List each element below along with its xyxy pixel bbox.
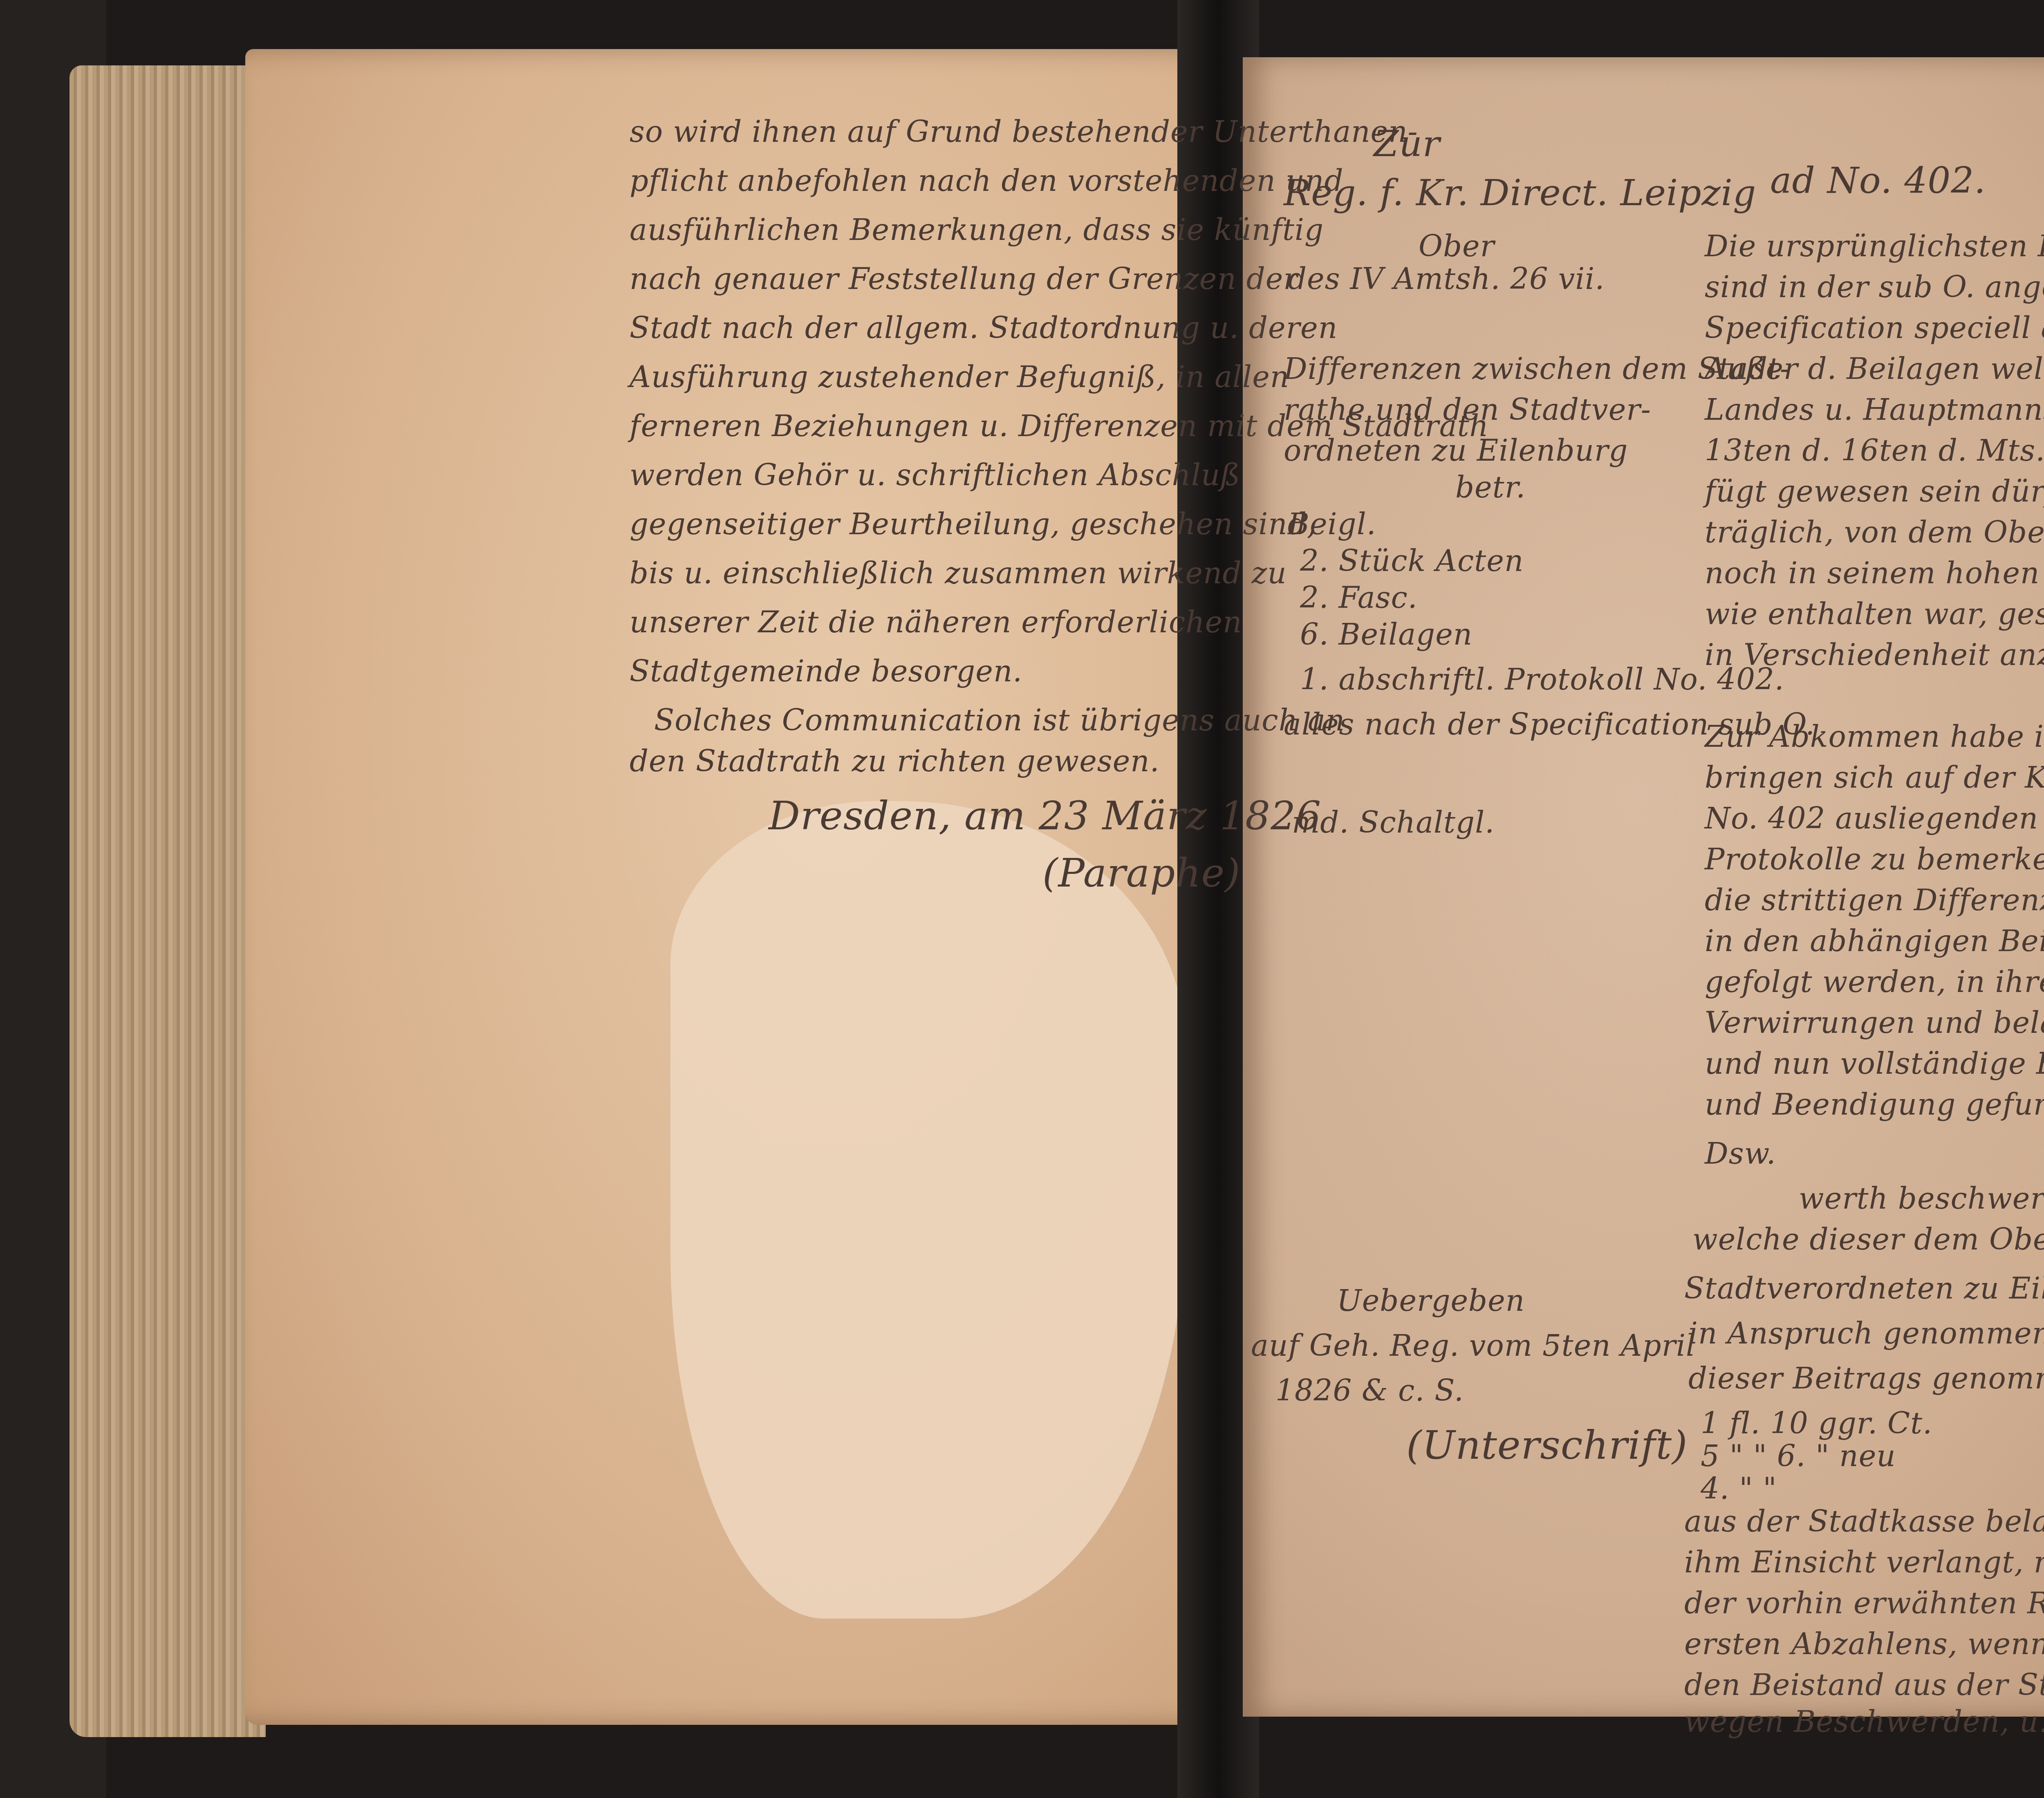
text-line: noch in seinem hohen Verfügungen <box>1705 556 2044 590</box>
text-line: Landes u. Hauptmannschaft vom <box>1705 392 2044 427</box>
text-line: bis u. einschließlich zusammen wirkend z… <box>630 556 1287 590</box>
text-line: nach genauer Feststellung der Grenzen de… <box>630 262 1298 296</box>
text-line: Zur Abkommen habe ich unter- <box>1705 719 2044 754</box>
book-page-edges-left <box>69 65 266 1737</box>
text-line: No. 402 ausliegenden abschriftl. <box>1705 801 2044 835</box>
enclosure-item: 2. Fasc. <box>1300 580 1418 615</box>
text-line: pflicht anbefohlen nach den vorstehenden… <box>630 163 1343 198</box>
text-line: Stadt nach der allgem. Stadtordnung u. d… <box>630 311 1338 345</box>
text-line: Die ursprünglichsten Beschwerdepunkte <box>1705 229 2044 263</box>
text-line: gegenseitiger Beurtheilung, geschehen si… <box>630 507 1317 541</box>
text-line: und Beendigung gefunden haben. <box>1705 1087 2044 1122</box>
text-line: wegen Beschwerden, u. die 3 Thl. nun <box>1684 1704 2044 1739</box>
text-line: welche dieser dem Oberbeamten der <box>1692 1222 2044 1256</box>
enclosure-item: 6. Beilagen <box>1300 617 1472 652</box>
text-line: Ausführung zustehender Befugniß, in alle… <box>630 360 1289 394</box>
text-line: den Stadtrath zu richten gewesen. <box>630 744 1160 778</box>
footer-line: Uebergeben <box>1337 1283 1525 1318</box>
text-line: Dsw. <box>1705 1136 1776 1171</box>
amount-line: 4. " " <box>1701 1471 1777 1506</box>
text-line: sind in der sub O. angeschlossenen <box>1705 270 2044 304</box>
text-line: Stadtgemeinde besorgen. <box>630 654 1022 688</box>
enclosure-item: 2. Stück Acten <box>1300 544 1524 578</box>
case-number-header: ad No. 402. <box>1770 159 1986 202</box>
text-line: werden Gehör u. schriftlichen Abschluß <box>630 458 1240 492</box>
text-line: Verwirrungen und belastende Zustände <box>1705 1005 2044 1040</box>
text-line: gefolgt werden, in ihrer Gültigkeit <box>1705 965 2044 999</box>
text-line: den Beistand aus der Stadtkasse zu geben <box>1684 1668 2044 1702</box>
text-line: so wird ihnen auf Grund bestehender Unte… <box>630 114 1418 149</box>
subject-line: ordneten zu Eilenburg <box>1284 433 1628 468</box>
signature: (Paraphe) <box>1042 850 1241 896</box>
water-stain <box>670 801 1186 1619</box>
text-line: Stadtverordneten zu Eilenburg, wegen <box>1684 1271 2044 1305</box>
header-line: Reg. f. Kr. Direct. Leipzig <box>1284 172 1756 214</box>
text-line: bringen sich auf der Kursus sub <box>1705 760 2044 795</box>
text-line: 13ten d. 16ten d. Mts. f. 41 d. 49 III. … <box>1705 433 2044 468</box>
text-line: Protokolle zu bemerken, daß <box>1705 842 2044 876</box>
text-line: aus der Stadtkasse belastet, hat derselb… <box>1684 1504 2044 1538</box>
text-line: Specification speciell aufgezählt. <box>1705 311 2044 345</box>
subject-line: rathe und den Stadtver- <box>1284 392 1651 427</box>
header-line: des IV Amtsh. 26 vii. <box>1288 262 1605 296</box>
header-line: Zur <box>1374 123 1440 165</box>
text-line: träglich, von dem Oberhauptsbeamten <box>1705 515 2044 549</box>
footer-line: auf Geh. Reg. vom 5ten April <box>1251 1328 1696 1363</box>
amount-line: 1 fl. 10 ggr. Ct. <box>1701 1406 1932 1440</box>
text-line: wie enthalten war, gestellt habe <box>1705 597 2044 631</box>
signature: (Unterschrift) <box>1406 1422 1688 1468</box>
text-line: Außer d. Beilagen welche der hohen <box>1705 352 2044 386</box>
text-line: in den abhängigen Beilagen <box>1705 924 2044 958</box>
text-line: in Anspruch genommenen Rathsbeiträge <box>1688 1316 2044 1350</box>
footer-line: 1826 & c. S. <box>1275 1373 1464 1408</box>
text-line: die strittigen Differenzen die <box>1705 883 2044 917</box>
text-line: ausführlichen Bemerkungen, dass sie künf… <box>630 213 1324 247</box>
text-line: Solches Communication ist übrigens auch … <box>654 703 1345 737</box>
text-line: werth beschwerdt <box>1799 1181 2044 1216</box>
text-line: dieser Beitrags genommen ward: <box>1688 1361 2044 1395</box>
subject-line: betr. <box>1455 470 1526 504</box>
text-line: unserer Zeit die näheren erforderlichen <box>630 605 1242 639</box>
text-line: ersten Abzahlens, wenn der 25 Thl. <box>1684 1627 2044 1661</box>
text-line: in Verschiedenheit anzuzeigen. <box>1705 638 2044 672</box>
text-line: und nun vollständige Erledigung <box>1705 1046 2044 1081</box>
amount-line: 5 " " 6. " neu <box>1701 1439 1896 1473</box>
text-line: fügt gewesen sein dürften, ist nach- <box>1705 474 2044 508</box>
margin-mark: md. Schaltgl. <box>1292 805 1495 840</box>
date-line: Dresden, am 23 März 1826 <box>769 793 1321 839</box>
text-line: der vorhin erwähnten Rechtlichkeit des <box>1684 1586 2044 1620</box>
header-line: Ober <box>1419 229 1495 263</box>
enclosures-label: Beigl. <box>1288 507 1376 541</box>
text-line: ihm Einsicht verlangt, nach Stadt- <box>1684 1545 2044 1579</box>
